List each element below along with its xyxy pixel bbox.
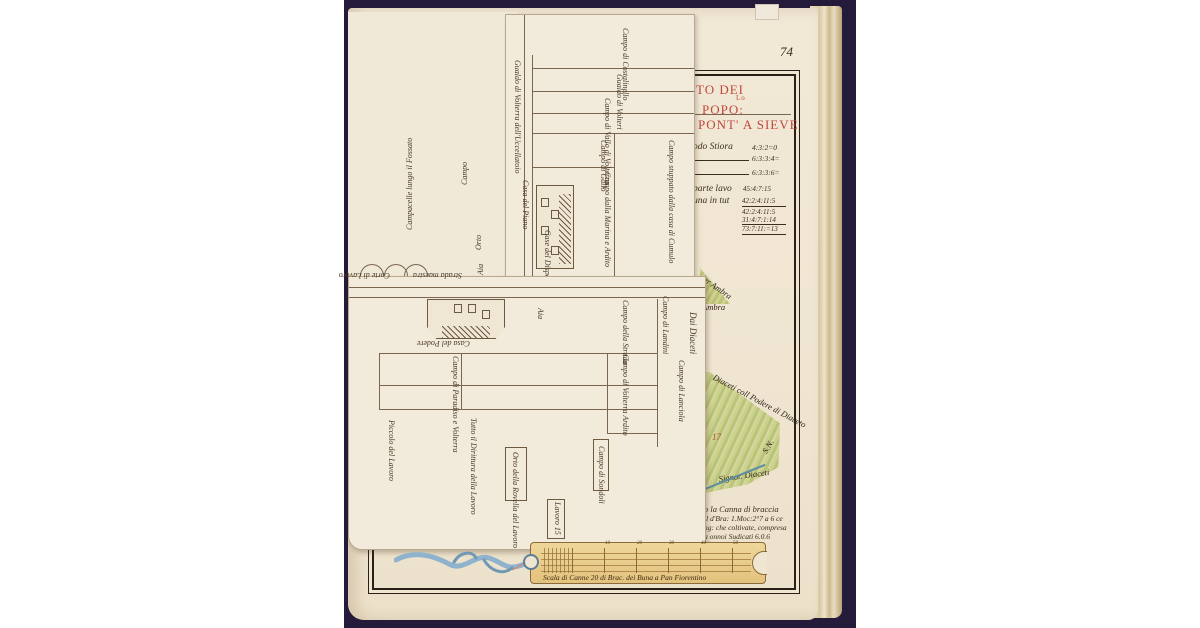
flap-lower-orto-rovella: Orto della Rovella del Lavoro [511,452,520,548]
legend-row-3-value: 6:3:3:6= [752,168,780,177]
legend-row-1-label: odo Stiora [693,142,733,152]
legend-sum-total: 73:7:11:=13 [742,225,778,233]
flap-lower-strada: Strada maestra [413,271,462,280]
scale-bar: 10 20 30 40 50 Scala di Canne 20 di Brac… [530,542,766,584]
legend-row-4-label: parte lavo [693,184,732,194]
notes-line-3: ng: che coltivate, compresa [704,523,787,532]
scale-tick-10: 10 [605,541,610,546]
flap-left-label-aia: Aia [476,264,485,275]
flap-lower-dirittura: Tutto il Dirittura della Lavoro [469,418,478,515]
strada-edge-bottom [349,297,705,298]
legend-total-rule [742,234,786,235]
lower-field-v-2 [461,353,462,409]
flap-lower-diaceti: Dai Diaceti [688,312,698,354]
lower-field-v-3 [607,353,608,433]
field-divider-3 [532,113,694,114]
flap-lower-lavoro: Lavoro 15 [553,502,562,535]
scale-caption: Scala di Canne 20 di Brac. dei Buna a Pa… [543,573,706,582]
flap-left-corte: Corte di Lavoro [339,271,390,280]
scale-tick-40: 40 [701,541,706,546]
field-divider-4 [532,133,694,134]
legend-sum-2: 31:4:7:1:14 [742,216,776,224]
farmhouse [536,185,574,269]
legend-row-1-value: 4:3:2=0 [752,143,777,152]
road-edge-left [524,15,525,283]
title-line-2: POPO: [702,102,744,118]
field-divider-2 [532,91,694,92]
flap-lower-lanciola: Campo di Lanciola [677,360,686,422]
flap-lower-piccolo: Piccolo del Lavoro [387,420,396,481]
legend-rule-2 [694,174,749,175]
field-divider-v [614,133,615,283]
flap-upper-label-6: Campo dalla Marina e Ardito [603,172,612,267]
scale-fine-divisions [541,548,571,573]
legend-row-2-value: 6:3:3:4= [752,154,780,163]
flap-lower-landini: Campo di Landini [661,296,670,354]
field-divider-1 [532,68,694,69]
legend-rule-1 [694,160,749,161]
folio-number: 74 [780,44,793,60]
flap-lower-aia: Aia [536,308,545,319]
notes-line-2: il d'Bra: 1.Moc:2°7 a 6 ce [704,514,783,523]
plot-number: 17 [712,432,721,442]
flap-upper-label-road: Gualdo di Volterra dell'Uccellatoio [513,60,522,173]
notes-line-1: o la Canna di braccia [704,504,779,514]
legend-row-4-value: 45:4:7:15 [743,185,771,193]
lower-field-divider-4 [607,433,657,434]
flap-left-label-campacelle: Campacelle lungo il Fossato [405,138,414,230]
podere-house [427,299,505,339]
scale-ring [523,554,539,570]
legend-sum-rule [742,206,786,207]
road-edge-right [532,55,533,283]
strada-edge-top [349,287,705,288]
lower-field-divider-2 [379,385,657,386]
flap-lower-paradiso: Campo di Paradiso e Volterra [451,356,460,452]
scale-tick-50: 50 [733,541,738,546]
flap-left-label-orto: Orto [474,235,483,250]
flap-upper-label-2: Gualdo di Volteri [615,74,624,130]
flap-lower-volterra-ardito: Campo di Volterra Ardito [621,354,630,436]
flap-upper-label-7: Casa del Piano [521,180,530,229]
flap-upper-label-5: Campo stuppato dalla casa di Cumulo [667,140,676,263]
scale-grid [541,548,751,573]
title-superscript: Lo [736,94,746,102]
bookmark-tab [755,4,779,20]
legend-sum-1: 42:2:4:11:5 [742,208,775,216]
flap-left-label-campo: Campo [460,162,469,185]
ribbon-decoration [394,548,534,582]
lower-field-v-4 [657,299,658,447]
notes-line-4: a onnoi Sudicati 6.0.6 [704,532,770,541]
flap-lower-sheet [348,276,706,550]
lower-field-divider-3 [379,409,657,410]
legend-row-5-value: 42:2:4:11:5 [742,197,775,205]
title-line-3: PONT' A SIEVE [698,117,799,133]
scale-notch [752,551,767,575]
flap-left-sheet [348,12,518,280]
flap-lower-casa: Casa del Podere [417,339,470,348]
flap-lower-sondoli: Campo di Sondoli [597,446,606,504]
lower-field-v-1 [379,353,380,409]
legend-row-5-label: una in tut [693,196,729,206]
lower-field-divider-1 [379,353,657,354]
scale-tick-30: 30 [669,541,674,546]
scale-tick-20: 20 [637,541,642,546]
